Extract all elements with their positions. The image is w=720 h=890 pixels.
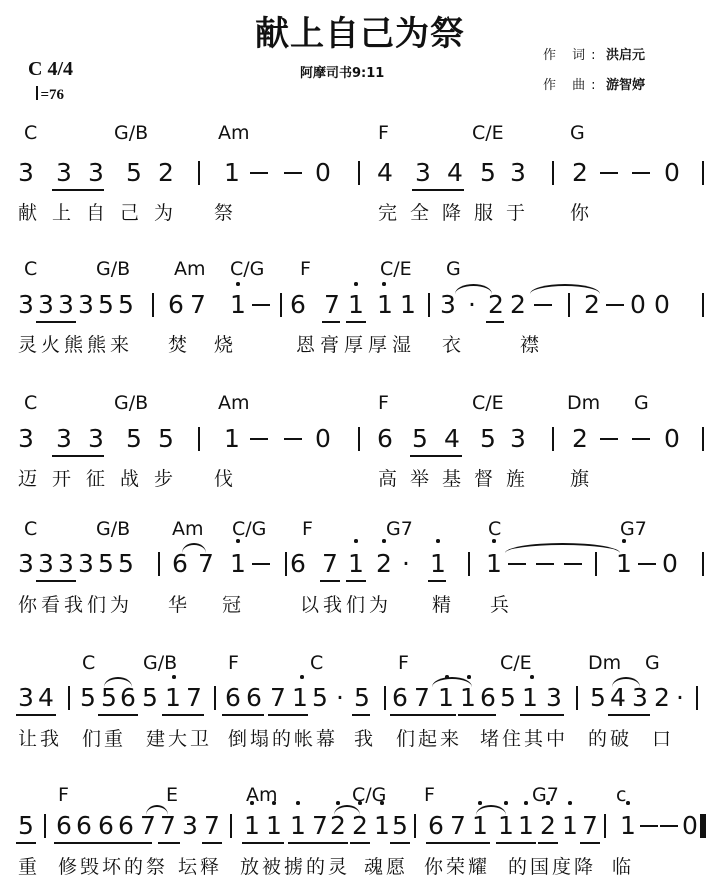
note-numeral: 0: [315, 160, 331, 185]
note-numeral: 6: [290, 292, 306, 317]
note-numeral: 7: [324, 292, 340, 317]
octave-dot: [524, 801, 528, 805]
lyric-char: 熊: [64, 330, 83, 357]
octave-dot: [492, 539, 496, 543]
note-numeral: 1: [230, 551, 246, 576]
chord-symbol: G/B: [96, 258, 130, 280]
note-numeral: 1: [460, 685, 476, 710]
octave-dot: [568, 801, 572, 805]
chord-symbol: C/E: [380, 258, 412, 280]
eighth-note-underline: [350, 842, 370, 844]
note-numeral: 3: [440, 292, 456, 317]
lyricist-name: 洪启元: [606, 48, 645, 63]
note-numeral: 5: [101, 685, 117, 710]
octave-dot: [250, 801, 254, 805]
barline: [552, 427, 554, 451]
note-numeral: 3: [415, 160, 431, 185]
barline: [44, 814, 46, 838]
lyric-char: 其: [524, 724, 543, 751]
note-numeral: 6: [118, 813, 134, 838]
lyric-char: 堵: [480, 724, 499, 751]
note-numeral: 0: [654, 292, 670, 317]
note-numeral: 3: [18, 292, 34, 317]
barline: [358, 427, 360, 451]
note-numeral: 4: [447, 160, 463, 185]
note-numeral: 7: [270, 685, 286, 710]
lyric-char: 恩: [296, 330, 315, 357]
octave-dot: [236, 282, 240, 286]
lyric-char: 全: [410, 198, 429, 225]
octave-dot: [300, 675, 304, 679]
eighth-note-underline: [580, 842, 600, 844]
lyric-char: 们: [82, 724, 101, 751]
note-numeral: 6: [290, 551, 306, 576]
octave-dot: [354, 539, 358, 543]
lyric-char: 你: [424, 852, 443, 879]
note-numeral: 5: [80, 685, 96, 710]
final-barline: [700, 814, 706, 838]
lyric-char: 塌: [250, 724, 269, 751]
note-numeral: 3: [546, 685, 562, 710]
chord-symbol: Am: [174, 258, 206, 280]
note-numeral: 5: [480, 160, 496, 185]
note-numeral: 7: [204, 813, 220, 838]
lyric-char: 起: [418, 724, 437, 751]
note-numeral: 2: [572, 426, 588, 451]
lyricist-label: 作 词:: [543, 48, 602, 63]
lyric-char: 烧: [214, 330, 233, 357]
chord-symbol: C: [82, 652, 95, 674]
chord-symbol: Dm: [567, 392, 600, 414]
barline: [68, 686, 70, 710]
lyric-char: 基: [442, 464, 461, 491]
eighth-note-underline: [16, 714, 56, 716]
note-numeral: 2: [540, 813, 556, 838]
eighth-note-underline: [162, 714, 204, 716]
eighth-note-underline: [322, 321, 340, 323]
lyric-char: 精: [432, 590, 451, 617]
chord-symbol: C/E: [472, 392, 504, 414]
eighth-note-underline: [202, 842, 222, 844]
lyric-char: 我: [40, 724, 59, 751]
lyric-char: 为: [154, 198, 173, 225]
chord-symbol: G: [446, 258, 461, 280]
chord-symbol: Am: [218, 122, 250, 144]
barline: [552, 161, 554, 185]
tie-slur: [334, 805, 360, 815]
note-numeral: 3: [18, 426, 34, 451]
eighth-note-underline: [16, 842, 36, 844]
lyric-char: 释: [200, 852, 219, 879]
lyric-char: 破: [610, 724, 629, 751]
lyric-char: 征: [86, 464, 105, 491]
barline: [576, 686, 578, 710]
note-numeral: 4: [444, 426, 460, 451]
note-numeral: 3: [182, 813, 198, 838]
eighth-note-underline: [222, 714, 264, 716]
chord-symbol: C/E: [500, 652, 532, 674]
chord-symbol: C: [24, 518, 37, 540]
barline: [468, 552, 470, 576]
lyric-char: 的: [124, 852, 143, 879]
lyric-char: 的: [588, 724, 607, 751]
octave-dot: [382, 539, 386, 543]
dash-hold: [284, 172, 302, 174]
note-numeral: 5: [98, 292, 114, 317]
lyric-char: 毁: [80, 852, 99, 879]
barline: [280, 293, 282, 317]
chord-symbol: C: [310, 652, 323, 674]
note-numeral: 7: [160, 813, 176, 838]
note-numeral: 1: [290, 813, 306, 838]
note-numeral: 1: [165, 685, 181, 710]
barline: [702, 552, 704, 576]
chord-symbol: Am: [172, 518, 204, 540]
lyric-char: 卫: [190, 724, 209, 751]
octave-dot: [478, 801, 482, 805]
note-numeral: 3: [38, 292, 54, 317]
note-numeral: 1: [522, 685, 538, 710]
note-numeral: 0: [664, 160, 680, 185]
eighth-note-underline: [608, 714, 650, 716]
lyric-char: 的: [306, 852, 325, 879]
tie-slur: [432, 677, 472, 687]
note-numeral: 3: [58, 551, 74, 576]
lyric-char: 魂: [364, 852, 383, 879]
lyric-char: 重: [18, 852, 37, 879]
octave-dot: [380, 801, 384, 805]
chord-symbol: G: [645, 652, 660, 674]
chord-symbol: E: [166, 784, 178, 806]
lyric-char: 湿: [392, 330, 411, 357]
dash-hold: [564, 563, 582, 565]
note-numeral: 3: [18, 551, 34, 576]
lyric-char: 完: [378, 198, 397, 225]
note-numeral: 1: [348, 292, 364, 317]
octave-dot: [436, 539, 440, 543]
note-numeral: 1: [430, 551, 446, 576]
lyric-char: 为: [110, 590, 129, 617]
eighth-note-underline: [52, 189, 104, 191]
lyric-char: 降: [574, 852, 593, 879]
lyric-char: 我: [354, 724, 373, 751]
note-numeral: 7: [186, 685, 202, 710]
lyric-char: 让: [18, 724, 37, 751]
note-numeral: 5: [480, 426, 496, 451]
chord-symbol: F: [424, 784, 435, 806]
chord-symbol: C: [24, 392, 37, 414]
eighth-note-underline: [390, 842, 410, 844]
dash-hold: [252, 563, 270, 565]
note-numeral: 2: [376, 551, 392, 576]
note-numeral: 3: [58, 292, 74, 317]
chord-symbol: G/B: [96, 518, 130, 540]
octave-dot: [354, 282, 358, 286]
chord-symbol: C/G: [230, 258, 264, 280]
note-numeral: 2: [352, 813, 368, 838]
lyric-char: 迈: [18, 464, 37, 491]
note-numeral: 5: [354, 685, 370, 710]
note-numeral: 3: [18, 685, 34, 710]
eighth-note-underline: [52, 455, 104, 457]
note-numeral: 1: [472, 813, 488, 838]
dash-hold: [632, 438, 650, 440]
lyric-char: 中: [546, 724, 565, 751]
note-numeral: 1: [486, 551, 502, 576]
chord-symbol: C/G: [232, 518, 266, 540]
note-numeral: 6: [392, 685, 408, 710]
lyric-char: 己: [120, 198, 139, 225]
dash-hold: [252, 304, 270, 306]
eighth-note-underline: [448, 842, 488, 844]
note-numeral: 7: [414, 685, 430, 710]
chord-symbol: G/B: [143, 652, 177, 674]
lyric-char: 以: [300, 590, 319, 617]
lyric-char: 厚: [368, 330, 387, 357]
note-numeral: ·: [402, 551, 410, 576]
tie-slur: [612, 677, 640, 687]
note-numeral: 0: [664, 426, 680, 451]
lyric-char: 口: [652, 724, 671, 751]
eighth-note-underline: [410, 455, 462, 457]
eighth-note-underline: [486, 321, 504, 323]
note-numeral: 3: [510, 426, 526, 451]
note-numeral: 2: [510, 292, 526, 317]
composer-credit: 作 曲: 游智婷: [543, 74, 645, 93]
eighth-note-underline: [458, 714, 496, 716]
lyric-char: 国: [530, 852, 549, 879]
octave-dot: [272, 801, 276, 805]
lyric-char: 放: [240, 852, 259, 879]
lyric-char: 灵: [18, 330, 37, 357]
barline: [604, 814, 606, 838]
barline: [568, 293, 570, 317]
note-numeral: 1: [348, 551, 364, 576]
tie-slur: [530, 284, 600, 294]
dash-hold: [600, 438, 618, 440]
chord-symbol: Dm: [588, 652, 621, 674]
note-numeral: 6: [246, 685, 262, 710]
note-numeral: 2: [330, 813, 346, 838]
lyric-char: 坏: [102, 852, 121, 879]
barline: [285, 552, 287, 576]
quarter-note-icon: [36, 86, 38, 100]
note-numeral: 7: [450, 813, 466, 838]
note-numeral: 6: [428, 813, 444, 838]
lyric-char: 荣: [446, 852, 465, 879]
note-numeral: 6: [56, 813, 72, 838]
lyric-char: 服: [474, 198, 493, 225]
octave-dot: [504, 801, 508, 805]
lyric-char: 临: [612, 852, 631, 879]
note-numeral: 1: [562, 813, 578, 838]
lyric-char: 步: [154, 464, 173, 491]
lyric-char: 兵: [490, 590, 509, 617]
dash-hold: [606, 304, 624, 306]
octave-dot: [626, 801, 630, 805]
octave-dot: [336, 801, 340, 805]
note-numeral: 0: [682, 813, 698, 838]
lyric-char: 火: [41, 330, 60, 357]
lyric-char: 膏: [320, 330, 339, 357]
note-numeral: 2: [584, 292, 600, 317]
chord-symbol: F: [398, 652, 409, 674]
note-numeral: 1: [224, 426, 240, 451]
octave-dot: [296, 801, 300, 805]
eighth-note-underline: [158, 842, 180, 844]
barline: [414, 814, 416, 838]
lyric-char: 幕: [316, 724, 335, 751]
note-numeral: 3: [18, 160, 34, 185]
barline: [696, 686, 698, 710]
barline: [158, 552, 160, 576]
note-numeral: 6: [120, 685, 136, 710]
lyric-char: 修: [58, 852, 77, 879]
lyric-char: 华: [168, 590, 187, 617]
lyric-char: 襟: [520, 330, 539, 357]
eighth-note-underline: [36, 321, 56, 323]
key-signature: C 4/4: [28, 58, 73, 81]
chord-symbol: C: [488, 518, 501, 540]
note-numeral: 5: [412, 426, 428, 451]
note-numeral: 6: [225, 685, 241, 710]
dash-hold: [638, 563, 656, 565]
note-numeral: 1: [224, 160, 240, 185]
note-numeral: 6: [377, 426, 393, 451]
barline: [702, 293, 704, 317]
eighth-note-underline: [428, 580, 446, 582]
lyric-char: 伐: [214, 464, 233, 491]
note-numeral: 3: [510, 160, 526, 185]
lyricist-credit: 作 词: 洪启元: [543, 44, 645, 63]
note-numeral: 3: [78, 551, 94, 576]
lyric-char: 的: [508, 852, 527, 879]
lyric-char: 掳: [284, 852, 303, 879]
note-numeral: 1: [400, 292, 416, 317]
note-numeral: 3: [88, 426, 104, 451]
dash-hold: [600, 172, 618, 174]
chord-symbol: F: [302, 518, 313, 540]
lyric-char: 旗: [570, 464, 589, 491]
lyric-char: 祭: [214, 198, 233, 225]
chord-symbol: F: [228, 652, 239, 674]
eighth-note-underline: [320, 580, 340, 582]
eighth-note-underline: [268, 714, 308, 716]
eighth-note-underline: [398, 714, 454, 716]
lyric-char: 们: [87, 590, 106, 617]
chord-symbol: C/E: [472, 122, 504, 144]
note-numeral: 5: [118, 292, 134, 317]
note-numeral: 2: [572, 160, 588, 185]
note-numeral: 7: [140, 813, 156, 838]
tie-slur: [104, 677, 132, 687]
note-numeral: 3: [56, 426, 72, 451]
note-numeral: 1: [518, 813, 534, 838]
eighth-note-underline: [56, 321, 76, 323]
lyric-char: 度: [552, 852, 571, 879]
eighth-note-underline: [520, 714, 564, 716]
lyric-char: 被: [262, 852, 281, 879]
note-numeral: 3: [56, 160, 72, 185]
note-numeral: 0: [315, 426, 331, 451]
chord-symbol: G/B: [114, 122, 148, 144]
note-numeral: 7: [582, 813, 598, 838]
note-numeral: 1: [498, 813, 514, 838]
lyric-char: 你: [18, 590, 37, 617]
barline: [198, 427, 200, 451]
note-numeral: 7: [190, 292, 206, 317]
note-numeral: 6: [480, 685, 496, 710]
note-numeral: 3: [88, 160, 104, 185]
chord-symbol: G/B: [114, 392, 148, 414]
barline: [702, 161, 704, 185]
composer-name: 游智婷: [606, 78, 645, 93]
octave-dot: [546, 801, 550, 805]
scripture-reference: 阿摩司书9:11: [300, 62, 384, 81]
note-numeral: 3: [38, 551, 54, 576]
lyric-char: 督: [474, 464, 493, 491]
tie-slur: [476, 805, 506, 815]
lyric-char: 熊: [87, 330, 106, 357]
note-numeral: 1: [620, 813, 636, 838]
lyric-char: 衣: [442, 330, 461, 357]
dash-hold: [534, 304, 552, 306]
note-numeral: 0: [662, 551, 678, 576]
note-numeral: ·: [468, 292, 476, 317]
octave-dot: [467, 675, 471, 679]
tie-slur: [182, 543, 206, 553]
barline: [428, 293, 430, 317]
eighth-note-underline: [36, 580, 56, 582]
dash-hold: [536, 563, 554, 565]
lyric-char: 的: [272, 724, 291, 751]
lyric-char: 坛: [178, 852, 197, 879]
lyric-char: 你: [570, 198, 589, 225]
tempo-value: =76: [41, 87, 65, 103]
note-numeral: 7: [312, 813, 328, 838]
note-numeral: ·: [676, 685, 684, 710]
chord-symbol: F: [58, 784, 69, 806]
note-numeral: 1: [266, 813, 282, 838]
dash-hold: [284, 438, 302, 440]
eighth-note-underline: [538, 842, 558, 844]
lyric-char: 帐: [294, 724, 313, 751]
note-numeral: 1: [377, 292, 393, 317]
note-numeral: 6: [168, 292, 184, 317]
barline: [230, 814, 232, 838]
lyric-char: 大: [168, 724, 187, 751]
note-numeral: 4: [38, 685, 54, 710]
lyric-char: 高: [378, 464, 397, 491]
lyric-char: 冠: [222, 590, 241, 617]
lyric-char: 献: [18, 198, 37, 225]
tempo-marking: =76: [36, 86, 64, 104]
barline: [702, 427, 704, 451]
dash-hold: [250, 172, 268, 174]
lyric-char: 上: [52, 198, 71, 225]
lyric-char: 于: [506, 198, 525, 225]
note-numeral: 0: [630, 292, 646, 317]
lyric-char: 降: [442, 198, 461, 225]
note-numeral: 5: [126, 426, 142, 451]
note-numeral: 2: [488, 292, 504, 317]
dash-hold: [632, 172, 650, 174]
eighth-note-underline: [352, 714, 370, 716]
note-numeral: 5: [118, 551, 134, 576]
note-numeral: 5: [98, 551, 114, 576]
eighth-note-underline: [496, 842, 536, 844]
eighth-note-underline: [412, 189, 464, 191]
